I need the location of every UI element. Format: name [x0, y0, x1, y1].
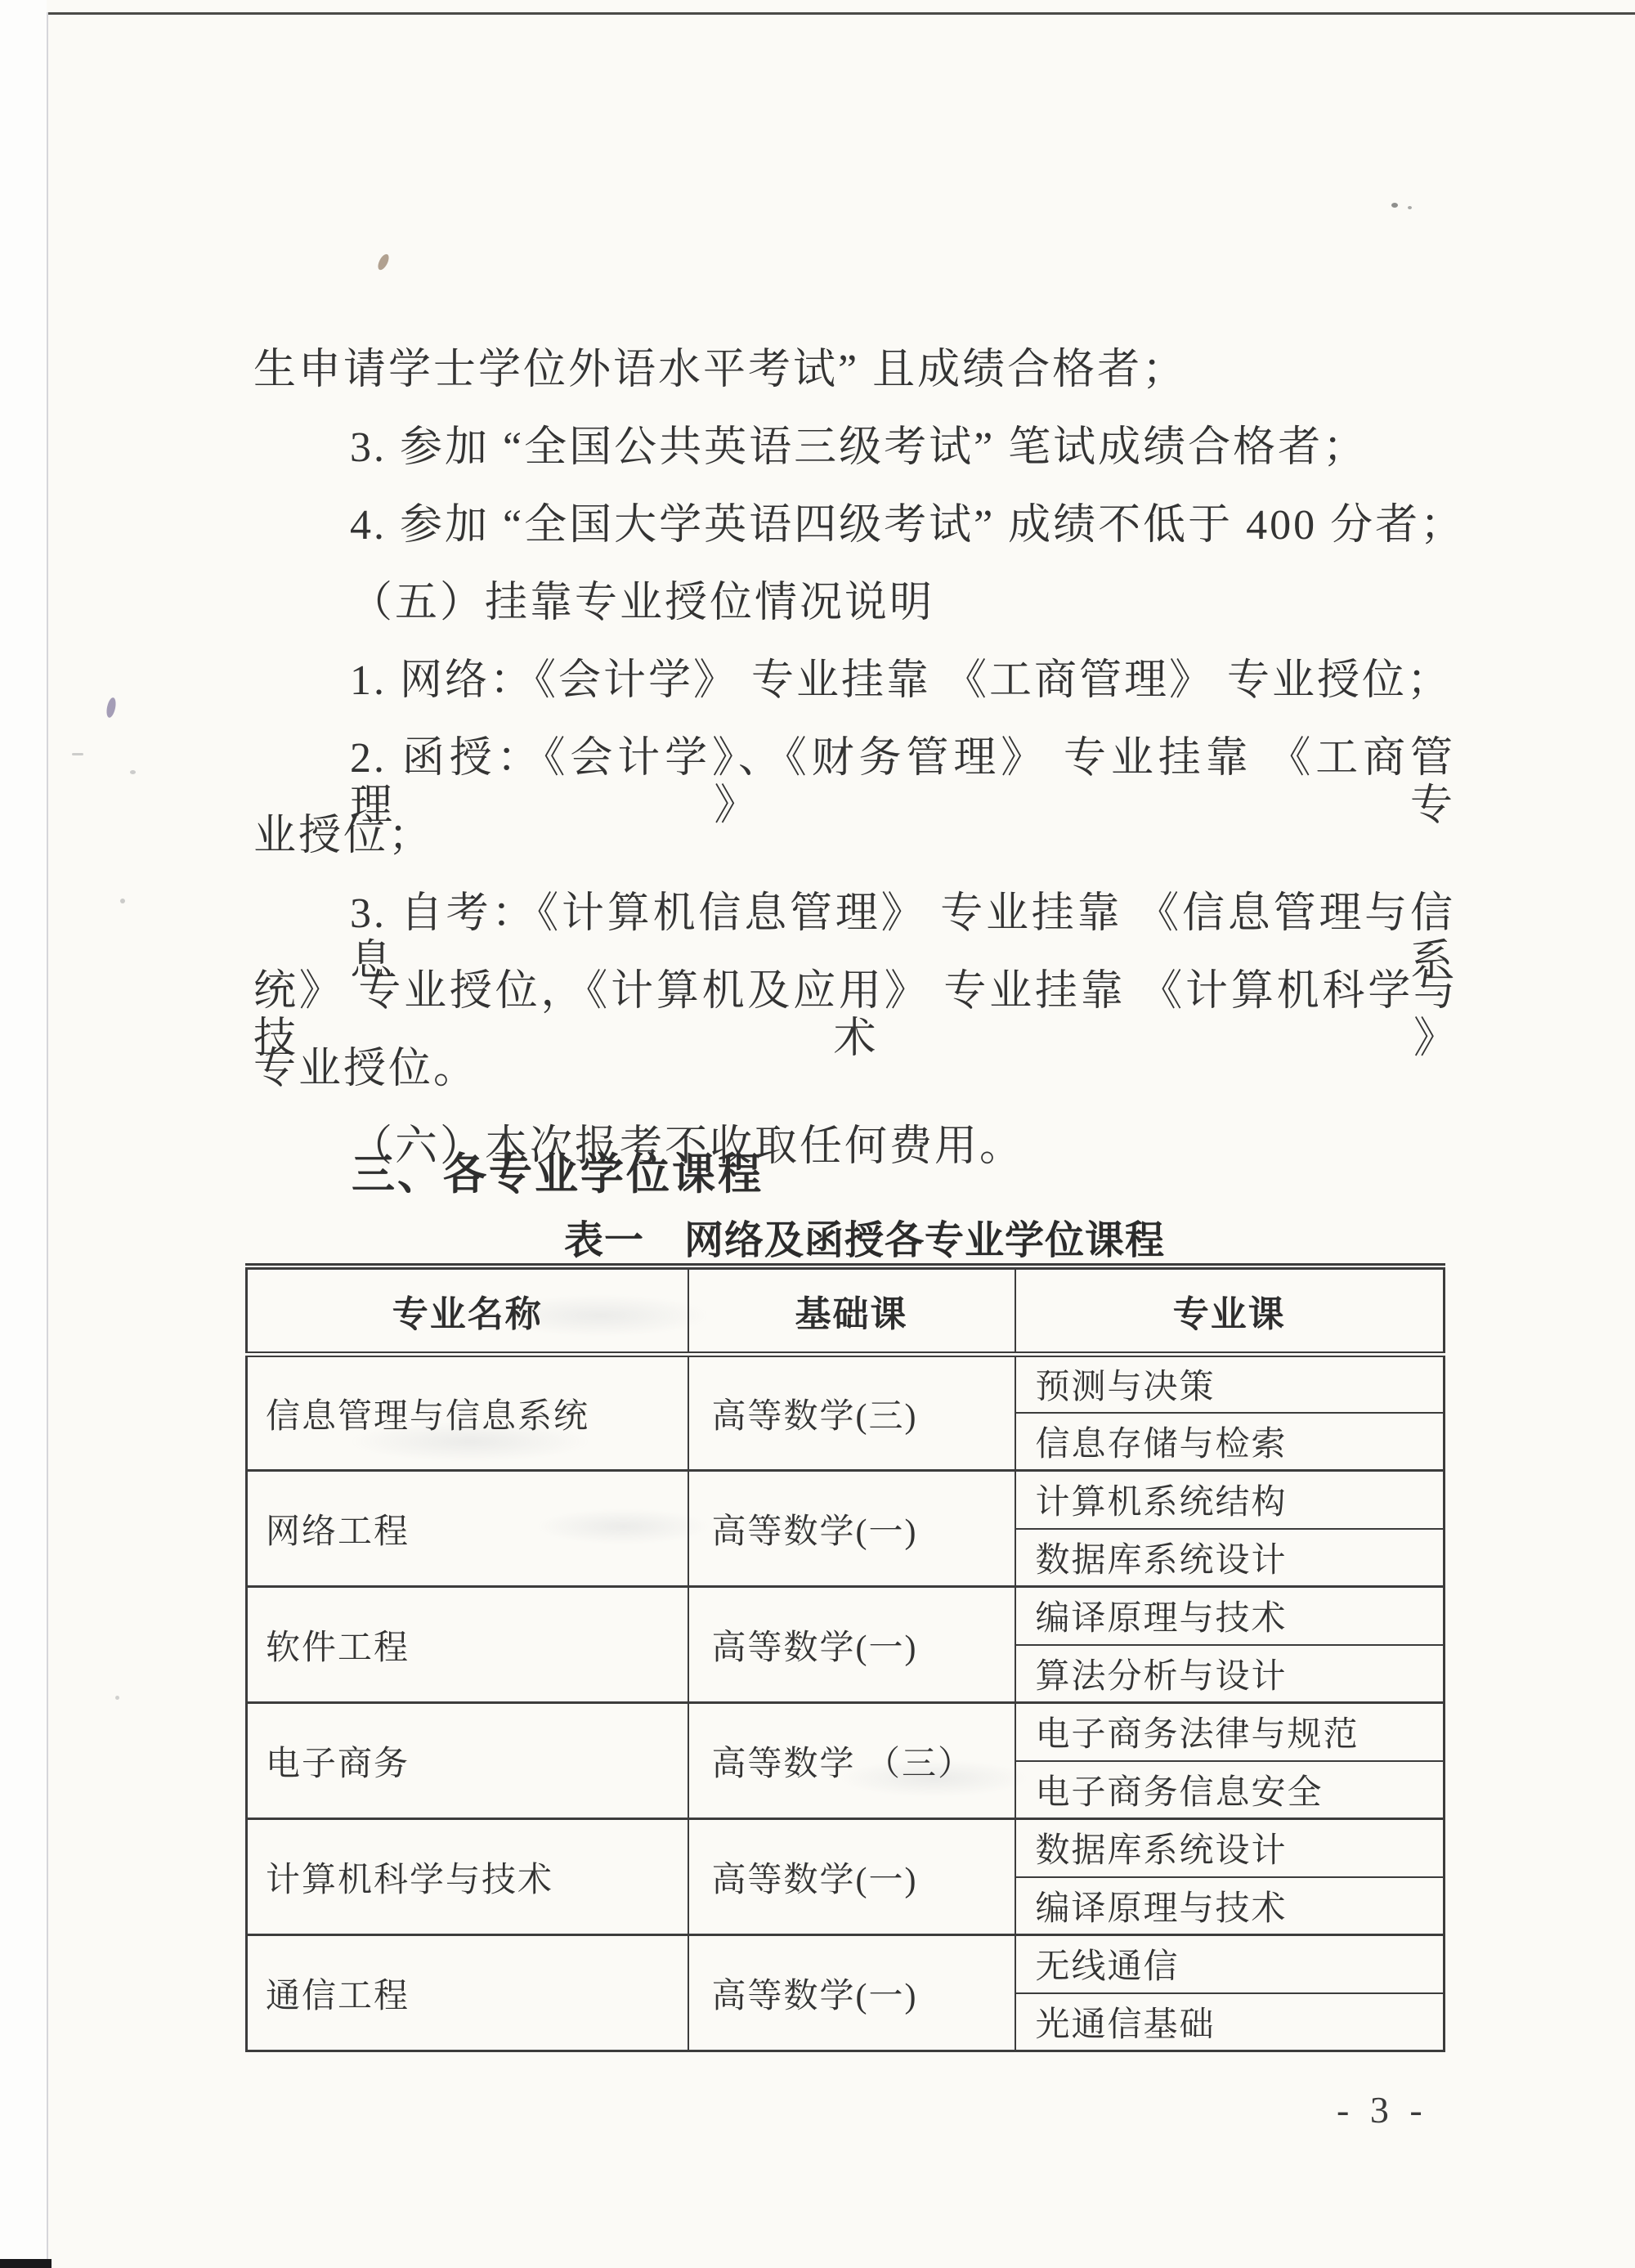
specialized-course-cell: 算法分析与设计 [1015, 1645, 1445, 1703]
specialized-course-cell: 编译原理与技术 [1015, 1587, 1445, 1645]
table-row: 电子商务 高等数学 （三） 电子商务法律与规范 [247, 1703, 1445, 1761]
column-header-specialized-course: 专业课 [1015, 1266, 1445, 1355]
major-cell: 信息管理与信息系统 [247, 1355, 688, 1471]
specialized-course-cell: 无线通信 [1015, 1935, 1445, 1993]
column-header-basic-course: 基础课 [688, 1266, 1015, 1355]
ink-speck [1391, 203, 1398, 208]
body-line: 生申请学士学位外语水平考试” 且成绩合格者； [253, 347, 1187, 394]
major-cell: 软件工程 [247, 1587, 688, 1703]
ink-speck [130, 770, 136, 774]
specialized-course-cell: 光通信基础 [1015, 1993, 1445, 2051]
body-line: 2. 函授：《会计学》、《财务管理》 专业挂靠 《工商管理》 专 [350, 735, 1455, 830]
ink-speck [120, 899, 125, 903]
scan-corner-artifact [0, 2259, 52, 2268]
basic-course-cell: 高等数学 （三） [688, 1703, 1015, 1819]
specialized-course-cell: 编译原理与技术 [1015, 1877, 1445, 1935]
specialized-course-cell: 预测与决策 [1015, 1355, 1445, 1413]
table-header-row: 专业名称 基础课 专业课 [247, 1266, 1445, 1355]
specialized-course-cell: 计算机系统结构 [1015, 1471, 1445, 1529]
specialized-course-cell: 电子商务信息安全 [1015, 1761, 1445, 1819]
column-header-major: 专业名称 [247, 1266, 688, 1355]
scan-edge-top [47, 12, 1635, 15]
basic-course-cell: 高等数学(一) [688, 1587, 1015, 1703]
major-cell: 电子商务 [247, 1703, 688, 1819]
ink-speck [72, 753, 83, 755]
table-row: 通信工程 高等数学(一) 无线通信 [247, 1935, 1445, 1993]
section-heading: 三、各专业学位课程 [352, 1140, 764, 1202]
ink-speck [376, 253, 391, 271]
page-number: - 3 - [1337, 2088, 1428, 2131]
body-line: 4. 参加 “全国大学英语四级考试” 成绩不低于 400 分者； [350, 502, 1465, 549]
table-row: 网络工程 高等数学(一) 计算机系统结构 [247, 1471, 1445, 1529]
specialized-course-cell: 数据库系统设计 [1015, 1819, 1445, 1877]
basic-course-cell: 高等数学(三) [688, 1355, 1015, 1471]
ink-speck [105, 697, 118, 719]
table-title: 表一 网络及函授各专业学位课程 [564, 1208, 1165, 1265]
scan-edge-left [47, 12, 48, 2262]
scan-margin-strip [0, 0, 47, 2268]
degree-courses-table: 专业名称 基础课 专业课 信息管理与信息系统 高等数学(三) 预测与决策 信息存… [245, 1263, 1445, 2052]
body-line: 业授位； [253, 813, 433, 860]
body-line: 专业授位。 [253, 1046, 478, 1093]
body-line: 1. 网络：《会计学》 专业挂靠 《工商管理》 专业授位； [350, 657, 1452, 705]
specialized-course-cell: 数据库系统设计 [1015, 1529, 1445, 1587]
body-line: 3. 参加 “全国公共英语三级考试” 笔试成绩合格者； [350, 424, 1368, 472]
ink-speck [1408, 206, 1412, 209]
basic-course-cell: 高等数学(一) [688, 1471, 1015, 1587]
major-cell: 通信工程 [247, 1935, 688, 2051]
table-row: 软件工程 高等数学(一) 编译原理与技术 [247, 1587, 1445, 1645]
scanned-document-page: 生申请学士学位外语水平考试” 且成绩合格者； 3. 参加 “全国公共英语三级考试… [0, 0, 1635, 2268]
ink-speck [115, 1696, 119, 1700]
basic-course-cell: 高等数学(一) [688, 1819, 1015, 1935]
body-line: （五）挂靠专业授位情况说明 [350, 580, 934, 627]
table-row: 信息管理与信息系统 高等数学(三) 预测与决策 [247, 1355, 1445, 1413]
major-cell: 网络工程 [247, 1471, 688, 1587]
specialized-course-cell: 信息存储与检索 [1015, 1413, 1445, 1471]
table-row: 计算机科学与技术 高等数学(一) 数据库系统设计 [247, 1819, 1445, 1877]
basic-course-cell: 高等数学(一) [688, 1935, 1015, 2051]
specialized-course-cell: 电子商务法律与规范 [1015, 1703, 1445, 1761]
major-cell: 计算机科学与技术 [247, 1819, 688, 1935]
